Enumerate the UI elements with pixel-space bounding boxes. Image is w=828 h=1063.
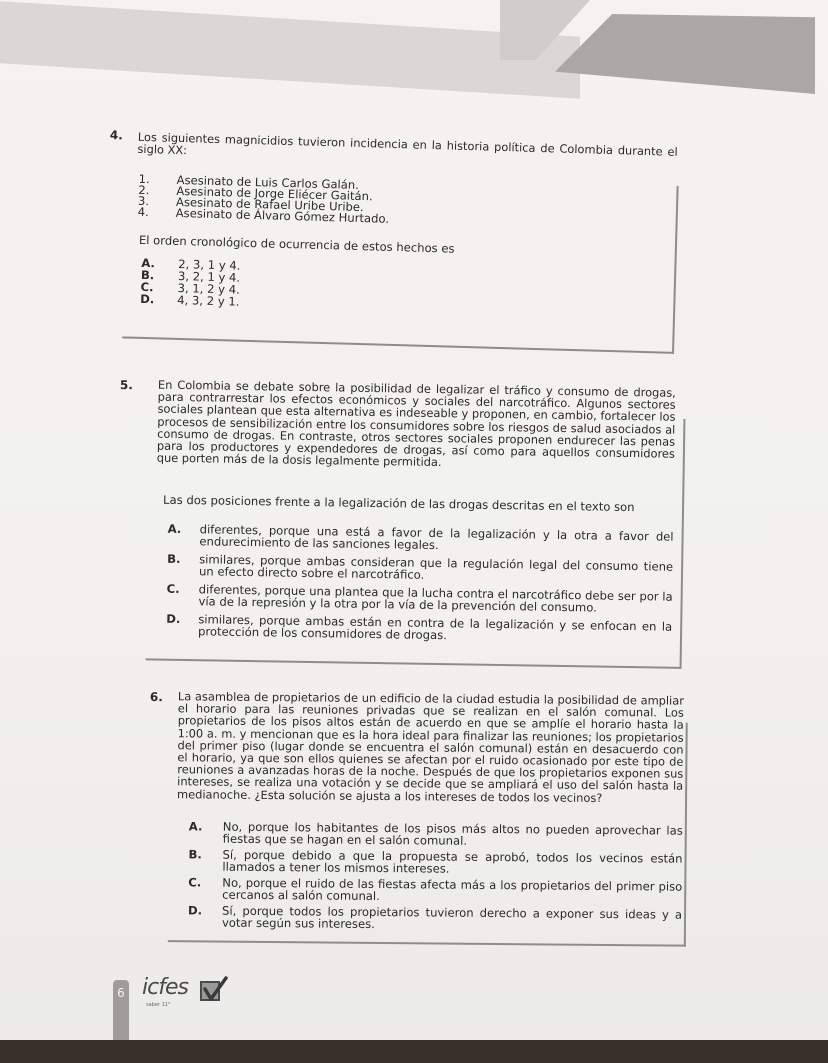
question-number: 5.	[120, 378, 133, 392]
header-band-dark	[555, 14, 815, 94]
question-number: 4.	[110, 128, 123, 142]
page-number: 6	[113, 980, 129, 1040]
header-band-light	[0, 0, 580, 99]
exam-page: 4. Los siguientes magnicidios tuvieron i…	[0, 0, 828, 1040]
check-box-icon	[200, 981, 220, 1001]
question-stem: Los siguientes magnicidios tuvieron inci…	[137, 131, 677, 170]
logo-wordmark: icfes	[142, 975, 188, 1000]
icfes-logo: icfes saber 11°	[142, 975, 188, 1000]
question-stem: En Colombia se debate sobre la posibilid…	[157, 379, 676, 473]
question-stem: La asamblea de propietarios de un edific…	[177, 690, 684, 804]
question-number: 6.	[150, 690, 163, 704]
logo-subtitle: saber 11°	[146, 1002, 170, 1008]
